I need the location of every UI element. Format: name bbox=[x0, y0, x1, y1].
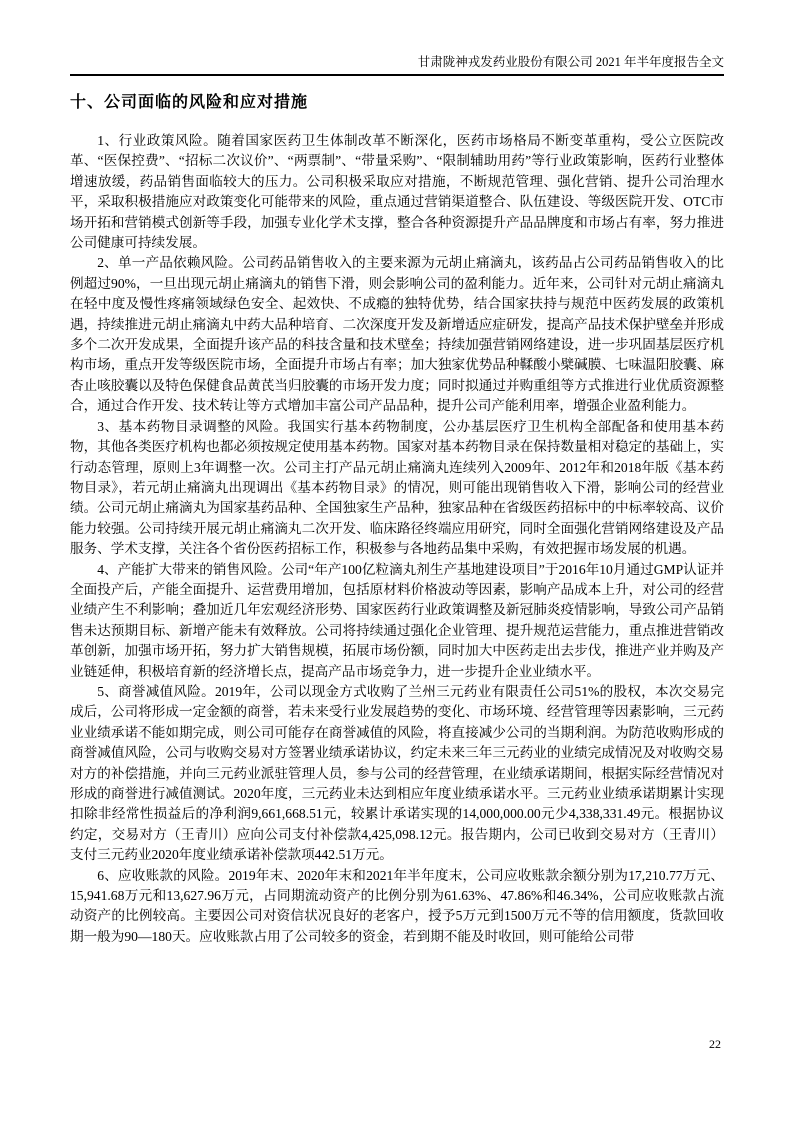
paragraph-capacity-expansion-sales-risk: 4、产能扩大带来的销售风险。公司“年产100亿粒滴丸剂生产基地建设项目”于201… bbox=[70, 560, 724, 682]
paragraph-essential-drug-list-adjustment-risk: 3、基本药物目录调整的风险。我国实行基本药物制度，公办基层医疗卫生机构全部配备和… bbox=[70, 417, 724, 560]
page-number: 22 bbox=[709, 1036, 721, 1052]
paragraph-accounts-receivable-risk: 6、应收账款的风险。2019年末、2020年末和2021年半年度末，公司应收账款… bbox=[70, 866, 724, 948]
report-page: 甘肃陇神戎发药业股份有限公司 2021 年半年度报告全文 十、公司面临的风险和应… bbox=[0, 0, 793, 1122]
header-divider bbox=[70, 74, 724, 76]
paragraph-single-product-dependence-risk: 2、单一产品依赖风险。公司药品销售收入的主要来源为元胡止痛滴丸，该药品占公司药品… bbox=[70, 253, 724, 416]
paragraph-industry-policy-risk: 1、行业政策风险。随着国家医药卫生体制改革不断深化，医药市场格局不断变革重构，受… bbox=[70, 131, 724, 253]
header-text: 甘肃陇神戎发药业股份有限公司 2021 年半年度报告全文 bbox=[418, 55, 724, 69]
section-title: 十、公司面临的风险和应对措施 bbox=[70, 93, 724, 113]
section-body: 1、行业政策风险。随着国家医药卫生体制改革不断深化，医药市场格局不断变革重构，受… bbox=[70, 131, 724, 947]
page-header: 甘肃陇神戎发药业股份有限公司 2021 年半年度报告全文 bbox=[70, 54, 724, 70]
paragraph-goodwill-impairment-risk: 5、商誉减值风险。2019年，公司以现金方式收购了兰州三元药业有限责任公司51%… bbox=[70, 682, 724, 866]
